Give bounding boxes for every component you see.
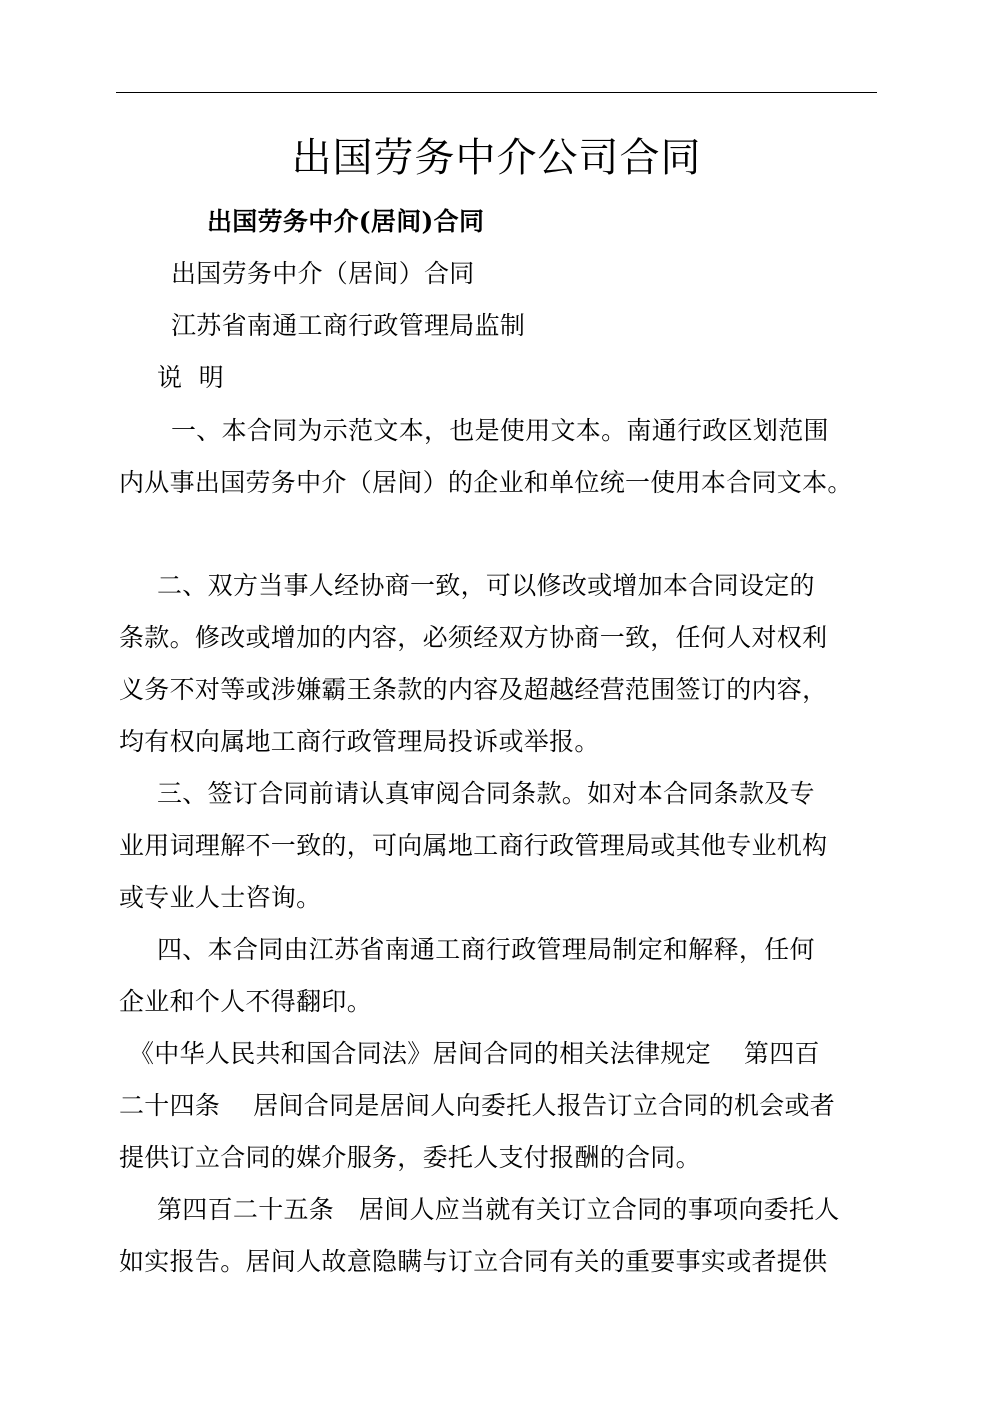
paragraph-6-line-2: 如实报告。居间人故意隐瞒与订立合同有关的重要事实或者提供 bbox=[119, 1246, 827, 1278]
paragraph-1-line-2: 内从事出国劳务中介（居间）的企业和单位统一使用本合同文本。 bbox=[119, 467, 853, 499]
paragraph-5-line-3: 提供订立合同的媒介服务，委托人支付报酬的合同。 bbox=[119, 1142, 701, 1174]
header-rule bbox=[116, 92, 877, 93]
paragraph-2-line-3: 义务不对等或涉嫌霸王条款的内容及超越经营范围签订的内容， bbox=[119, 674, 827, 706]
paragraph-5-line-2: 二十四条 居间合同是居间人向委托人报告订立合同的机会或者 bbox=[119, 1090, 835, 1122]
section-heading: 说 明 bbox=[157, 362, 224, 394]
paragraph-3-line-2: 业用词理解不一致的，可向属地工商行政管理局或其他专业机构 bbox=[119, 830, 827, 862]
paragraph-4-line-1: 四、本合同由江苏省南通工商行政管理局制定和解释，任何 bbox=[157, 934, 815, 966]
paragraph-2-line-2: 条款。修改或增加的内容，必须经双方协商一致，任何人对权利 bbox=[119, 622, 827, 654]
subtitle-1: 出国劳务中介(居间)合同 bbox=[207, 206, 484, 238]
paragraph-1-line-1: 一、本合同为示范文本，也是使用文本。南通行政区划范围 bbox=[171, 415, 829, 447]
supervisor-line: 江苏省南通工商行政管理局监制 bbox=[171, 310, 525, 342]
paragraph-2-line-4: 均有权向属地工商行政管理局投诉或举报。 bbox=[119, 726, 600, 758]
paragraph-6-line-1: 第四百二十五条 居间人应当就有关订立合同的事项向委托人 bbox=[157, 1194, 840, 1226]
paragraph-3-line-1: 三、签订合同前请认真审阅合同条款。如对本合同条款及专 bbox=[157, 778, 815, 810]
paragraph-2-line-1: 二、双方当事人经协商一致，可以修改或增加本合同设定的 bbox=[157, 570, 815, 602]
paragraph-4-line-2: 企业和个人不得翻印。 bbox=[119, 986, 372, 1018]
paragraph-3-line-3: 或专业人士咨询。 bbox=[119, 882, 321, 914]
document-page: 出国劳务中介公司合同 出国劳务中介(居间)合同 出国劳务中介（居间）合同 江苏省… bbox=[0, 0, 993, 1404]
paragraph-5-line-1: 《中华人民共和国合同法》居间合同的相关法律规定 第四百 bbox=[129, 1038, 820, 1070]
document-title: 出国劳务中介公司合同 bbox=[0, 130, 993, 186]
subtitle-2: 出国劳务中介（居间）合同 bbox=[171, 258, 475, 290]
